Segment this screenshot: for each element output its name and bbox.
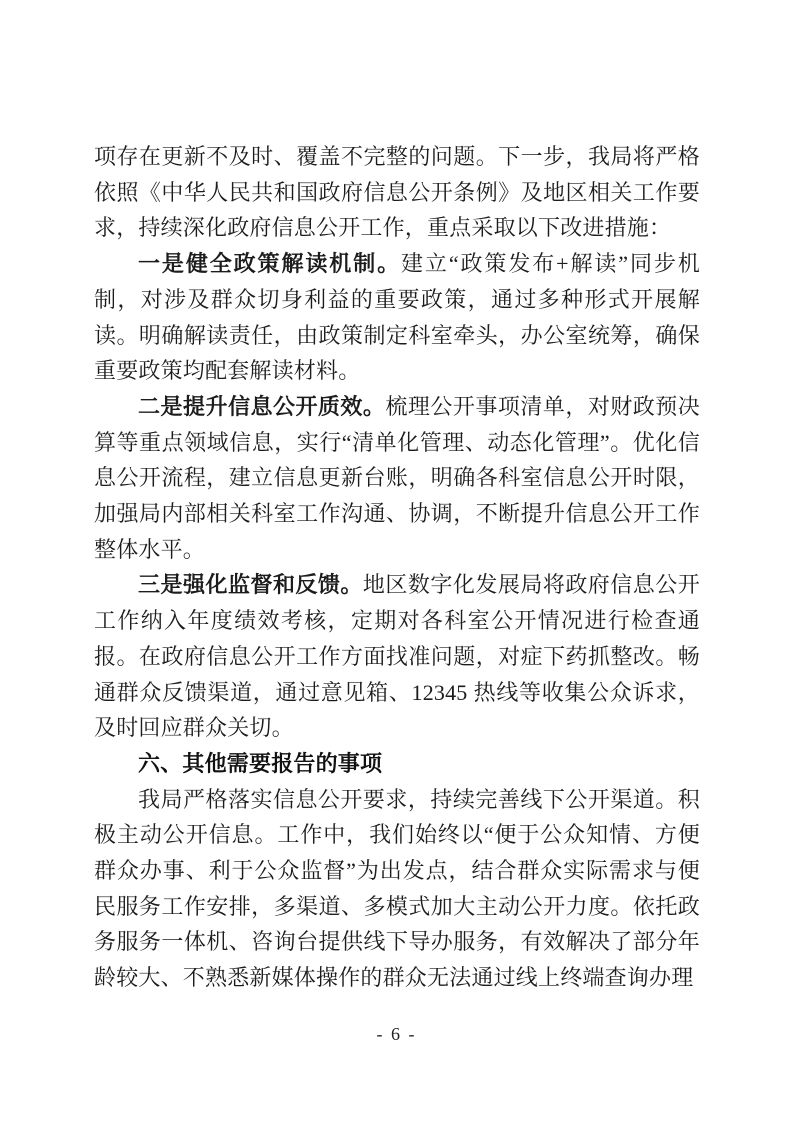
paragraph-lead: 一是健全政策解读机制。 [138, 251, 401, 276]
paragraph-lead: 二是提升信息公开质效。 [138, 394, 385, 419]
paragraph-text: 梳理公开事项清单，对财政预决算等重点领域信息，实行“清单化管理、动态化管理”。优… [94, 394, 700, 562]
paragraph-text: 我局严格落实信息公开要求，持续完善线下公开渠道。积极主动公开信息。工作中，我们始… [94, 787, 700, 991]
paragraph-text: 项存在更新不及时、覆盖不完整的问题。下一步，我局将严格依照《中华人民共和国政府信… [94, 144, 700, 240]
paragraph-lead: 三是强化监督和反馈。 [138, 572, 363, 597]
paragraph-measure-2: 二是提升信息公开质效。梳理公开事项清单，对财政预决算等重点领域信息，实行“清单化… [94, 389, 700, 568]
paragraph-measure-3: 三是强化监督和反馈。地区数字化发展局将政府信息公开工作纳入年度绩效考核，定期对各… [94, 567, 700, 746]
document-body: 项存在更新不及时、覆盖不完整的问题。下一步，我局将严格依照《中华人民共和国政府信… [94, 139, 700, 996]
section-heading: 六、其他需要报告的事项 [94, 746, 700, 782]
paragraph-other-items: 我局严格落实信息公开要求，持续完善线下公开渠道。积极主动公开信息。工作中，我们始… [94, 782, 700, 996]
page-number: - 6 - [0, 1024, 793, 1045]
paragraph-measure-1: 一是健全政策解读机制。建立“政策发布+解读”同步机制，对涉及群众切身利益的重要政… [94, 246, 700, 389]
document-page: 项存在更新不及时、覆盖不完整的问题。下一步，我局将严格依照《中华人民共和国政府信… [0, 0, 793, 1122]
paragraph-text: 地区数字化发展局将政府信息公开工作纳入年度绩效考核，定期对各科室公开情况进行检查… [94, 572, 700, 740]
paragraph-continuation: 项存在更新不及时、覆盖不完整的问题。下一步，我局将严格依照《中华人民共和国政府信… [94, 139, 700, 246]
